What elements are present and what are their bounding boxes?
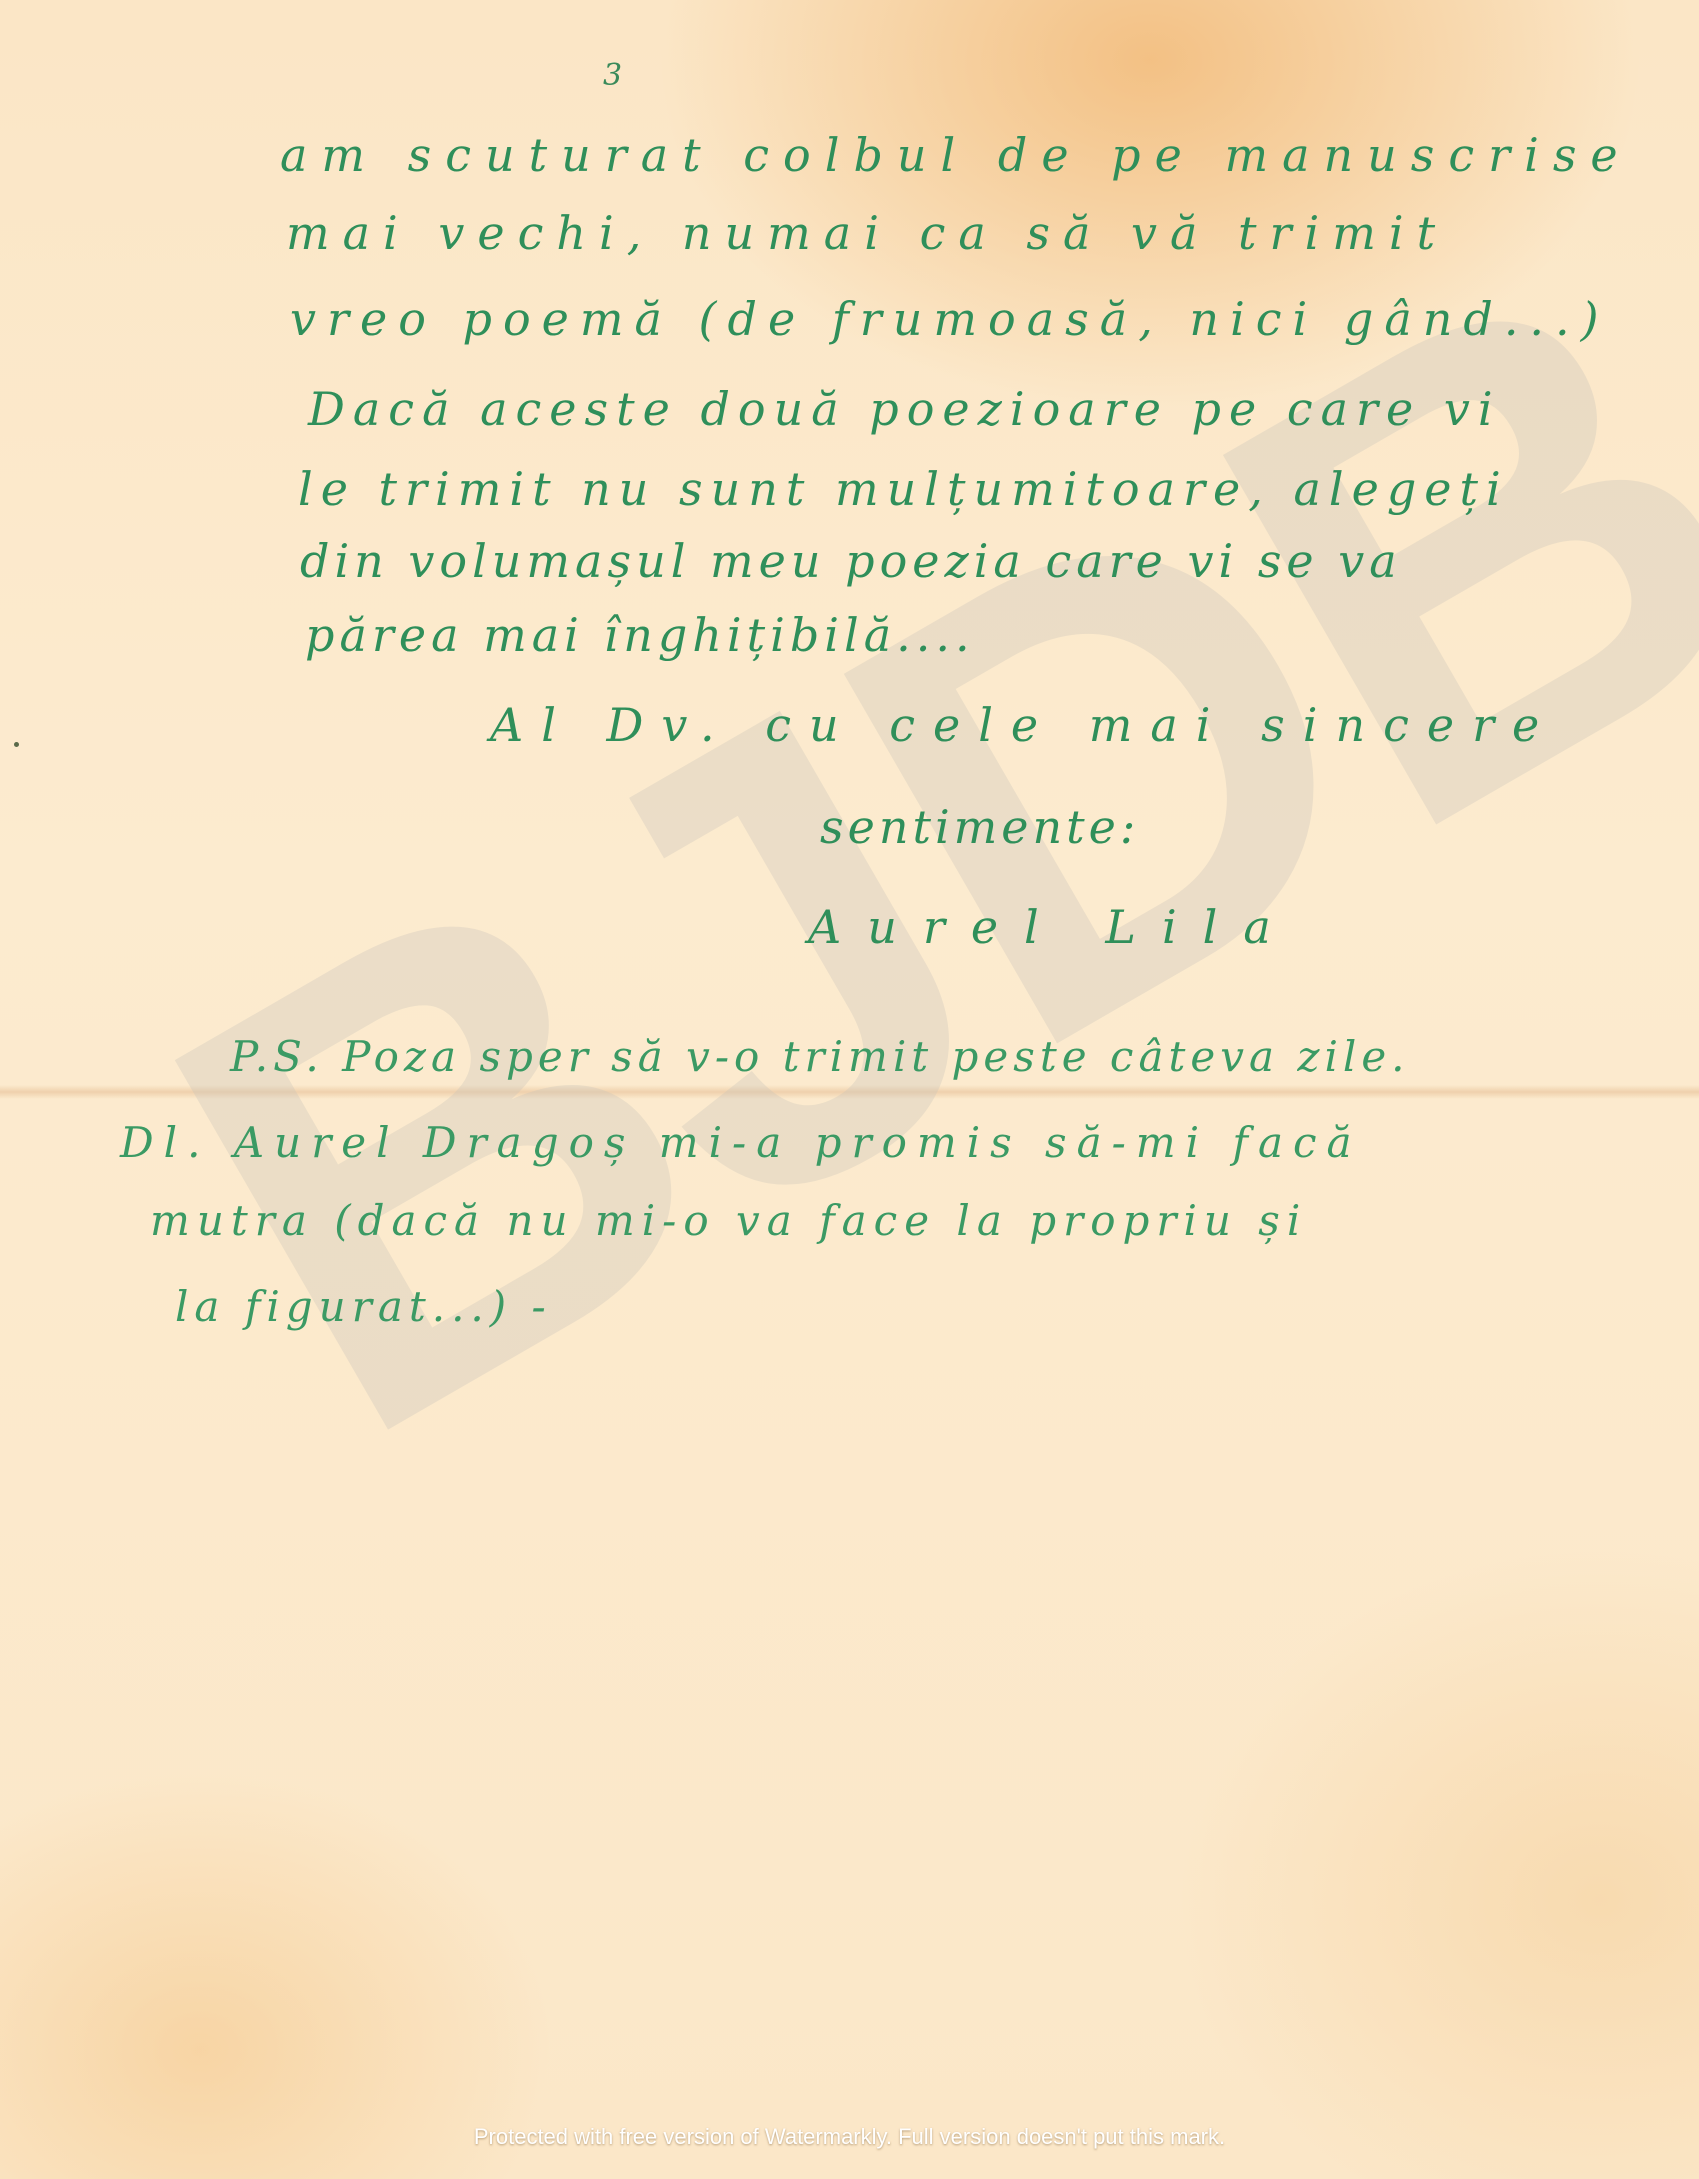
postscript-line: Dl. Aurel Dragoș mi-a promis să-mi facă	[120, 1118, 1362, 1167]
body-line: vreo poemă (de frumoasă, nici gând...)	[290, 292, 1610, 346]
closing-line: Al Dv. cu cele mai sincere	[490, 698, 1557, 752]
body-line: am scuturat colbul de pe manuscrise	[280, 128, 1632, 182]
paper-fold-line	[0, 1085, 1699, 1099]
body-line: le trimit nu sunt mulțumitoare, alegeți	[298, 462, 1509, 516]
watermarkly-footer: Protected with free version of Watermark…	[0, 2124, 1699, 2150]
body-line: Dacă aceste două poezioare pe care vi	[308, 382, 1501, 436]
page-number: 3	[603, 58, 622, 93]
body-line: mai vechi, numai ca să vă trimit	[286, 206, 1448, 260]
signature: Aurel Lila	[808, 900, 1297, 954]
body-line: din volumașul meu poezia care vi se va	[300, 534, 1402, 588]
postscript-line: la figurat...) -	[175, 1282, 552, 1331]
closing-line: sentimente:	[820, 800, 1139, 854]
postscript-line: P.S. Poza sper să v-o trimit peste câtev…	[230, 1032, 1410, 1081]
body-line: părea mai înghițibilă....	[305, 608, 975, 662]
ink-speck	[14, 742, 19, 747]
postscript-line: mutra (dacă nu mi-o va face la propriu ș…	[150, 1196, 1307, 1245]
